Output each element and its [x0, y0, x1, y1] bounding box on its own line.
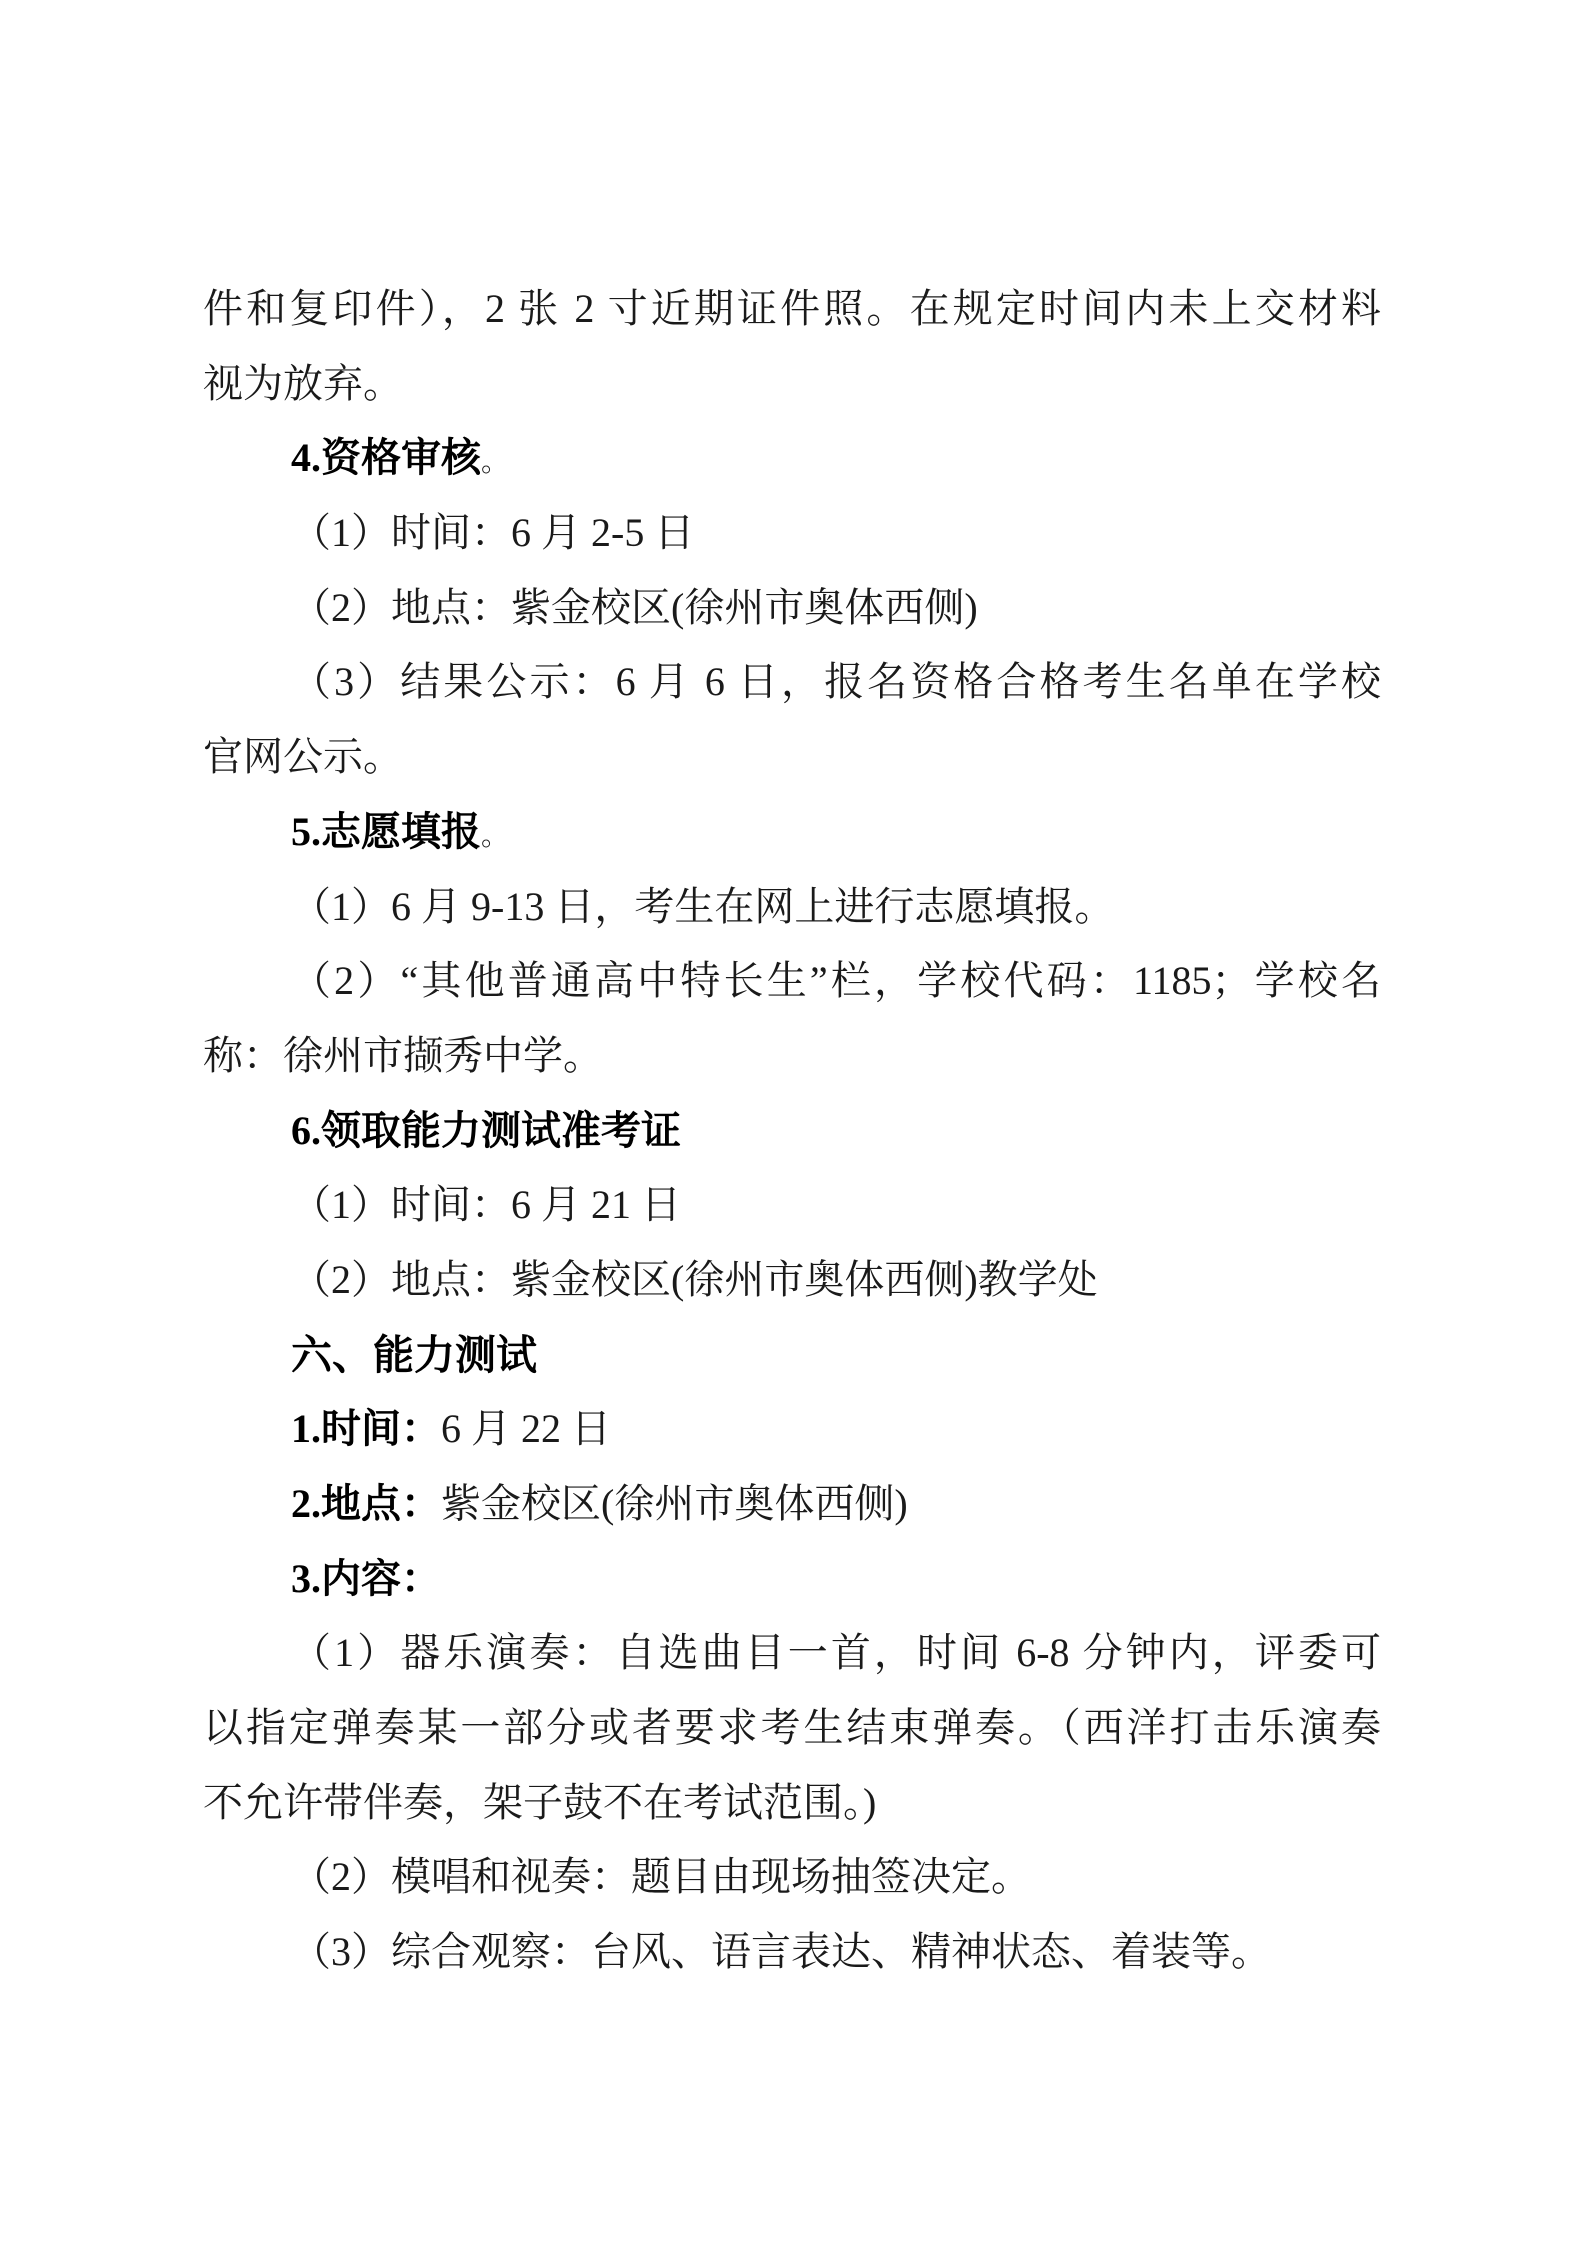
item-label: 1.时间： [291, 1406, 441, 1451]
line-text: （1）时间：6 月 21 日 [291, 1182, 681, 1227]
doc-line: 称：徐州市撷秀中学。 [203, 1019, 1381, 1094]
section-heading-text: 六、能力测试 [291, 1331, 537, 1379]
item-label: 2.地点： [291, 1481, 441, 1526]
doc-line: （2）地点：紫金校区(徐州市奥体西侧)教学处 [203, 1243, 1381, 1318]
doc-line: 官网公示。 [203, 720, 1381, 795]
doc-line: 视为放弃。 [203, 347, 1381, 422]
line-text: （2）模唱和视奏：题目由现场抽签决定。 [291, 1854, 1031, 1899]
document-page: 件和复印件），2 张 2 寸近期证件照。在规定时间内未上交材料 视为放弃。 4.… [0, 0, 1587, 2245]
line-text: （2）“其他普通高中特长生”栏，学校代码：1185；学校名 [291, 958, 1381, 1003]
line-text: 称：徐州市撷秀中学。 [203, 1033, 603, 1078]
item-label: 3.内容： [291, 1556, 441, 1601]
doc-line: （2）“其他普通高中特长生”栏，学校代码：1185；学校名 [203, 944, 1381, 1019]
doc-subheading: 4.资格审核。 [203, 421, 1381, 496]
subheading-label: 6.领取能力测试准考证 [291, 1108, 681, 1153]
section-heading: 六、能力测试 [203, 1318, 1381, 1393]
doc-line: （1）时间：6 月 2-5 日 [203, 496, 1381, 571]
doc-subheading: 6.领取能力测试准考证 [203, 1094, 1381, 1169]
line-text: 不允许带伴奏，架子鼓不在考试范围。) [203, 1780, 876, 1825]
line-text: （1）6 月 9-13 日，考生在网上进行志愿填报。 [291, 884, 1114, 929]
doc-line: 3.内容： [203, 1542, 1381, 1617]
document-body: 件和复印件），2 张 2 寸近期证件照。在规定时间内未上交材料 视为放弃。 4.… [203, 272, 1381, 1990]
doc-line: 2.地点：紫金校区(徐州市奥体西侧) [203, 1467, 1381, 1542]
line-text: （2）地点：紫金校区(徐州市奥体西侧) [291, 585, 978, 630]
subheading-label: 4.资格审核 [291, 435, 481, 480]
doc-line: （2）模唱和视奏：题目由现场抽签决定。 [203, 1840, 1381, 1915]
doc-line: （1）器乐演奏：自选曲目一首，时间 6-8 分钟内，评委可 [203, 1616, 1381, 1691]
line-text: 6 月 22 日 [441, 1406, 611, 1451]
doc-line: （3）结果公示：6 月 6 日，报名资格合格考生名单在学校 [203, 645, 1381, 720]
line-text: 紫金校区(徐州市奥体西侧) [441, 1481, 908, 1526]
doc-line: （2）地点：紫金校区(徐州市奥体西侧) [203, 571, 1381, 646]
line-text: （3）综合观察：台风、语言表达、精神状态、着装等。 [291, 1929, 1271, 1974]
doc-line: （1）6 月 9-13 日，考生在网上进行志愿填报。 [203, 870, 1381, 945]
subheading-period: 。 [481, 821, 509, 852]
doc-line: 不允许带伴奏，架子鼓不在考试范围。) [203, 1766, 1381, 1841]
doc-line: 件和复印件），2 张 2 寸近期证件照。在规定时间内未上交材料 [203, 272, 1381, 347]
line-text: （1）器乐演奏：自选曲目一首，时间 6-8 分钟内，评委可 [291, 1630, 1381, 1675]
subheading-label: 5.志愿填报 [291, 809, 481, 854]
line-text: 官网公示。 [203, 734, 403, 779]
doc-subheading: 5.志愿填报。 [203, 795, 1381, 870]
line-text: 件和复印件），2 张 2 寸近期证件照。在规定时间内未上交材料 [203, 286, 1381, 331]
line-text: （2）地点：紫金校区(徐州市奥体西侧)教学处 [291, 1257, 1098, 1302]
line-text: （1）时间：6 月 2-5 日 [291, 510, 694, 555]
doc-line: 以指定弹奏某一部分或者要求考生结束弹奏。（西洋打击乐演奏 [203, 1691, 1381, 1766]
doc-line: （3）综合观察：台风、语言表达、精神状态、着装等。 [203, 1915, 1381, 1990]
line-text: 以指定弹奏某一部分或者要求考生结束弹奏。（西洋打击乐演奏 [203, 1705, 1381, 1750]
line-text: 视为放弃。 [203, 361, 403, 406]
line-text: （3）结果公示：6 月 6 日，报名资格合格考生名单在学校 [291, 659, 1381, 704]
doc-line: 1.时间：6 月 22 日 [203, 1392, 1381, 1467]
subheading-period: 。 [481, 447, 509, 478]
doc-line: （1）时间：6 月 21 日 [203, 1168, 1381, 1243]
